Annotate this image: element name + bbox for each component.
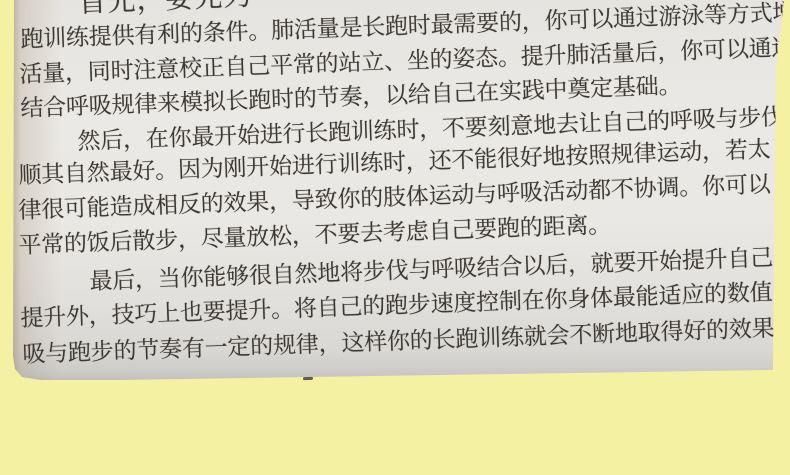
- text-line-0: 首先，要先为: [78, 0, 253, 17]
- screenshot-canvas: 首先，要先为 跑训练提供有利的条件。肺活量是长跑时最需要的，你可以通过游泳等方式…: [0, 0, 790, 475]
- page-edge-mark: [303, 377, 313, 381]
- book-page-photo: 首先，要先为 跑训练提供有利的条件。肺活量是长跑时最需要的，你可以通过游泳等方式…: [0, 0, 790, 475]
